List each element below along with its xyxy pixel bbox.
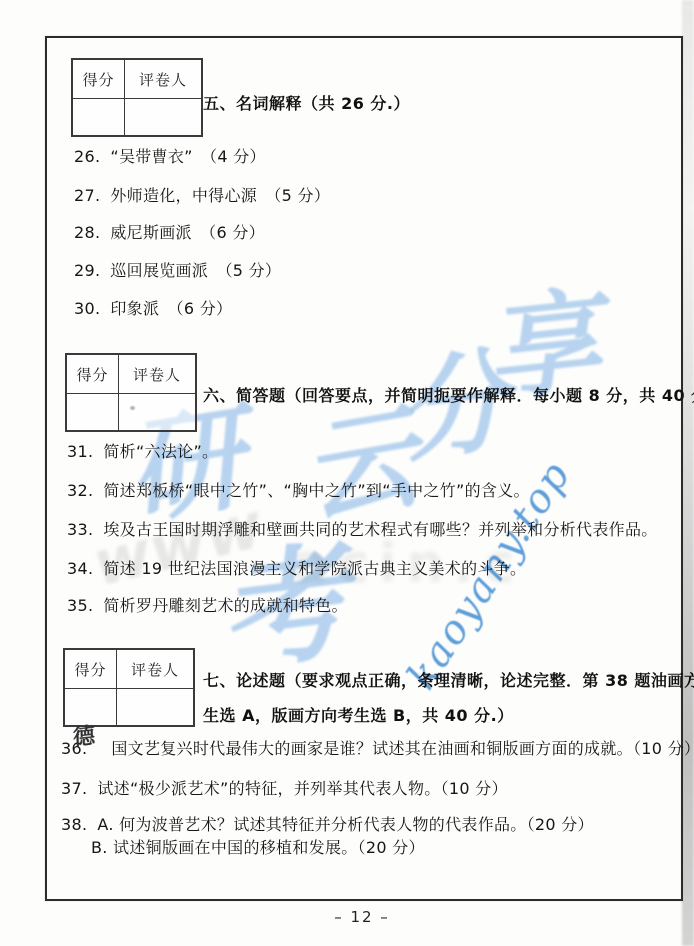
grader-value-cell: [117, 689, 193, 725]
question-38-option-a: 38.A. 何为波普艺术？试述其特征并分析代表人物的代表作品。（20 分）: [61, 812, 594, 835]
question-number: 33.: [67, 520, 93, 539]
question-34: 34.简述 19 世纪法国浪漫主义和学院派古典主义美术的斗争。: [67, 556, 526, 579]
question-number: 30.: [74, 299, 100, 318]
question-text: 简述郑板桥“眼中之竹”、“胸中之竹”到“手中之竹”的含义。: [103, 478, 529, 501]
question-text: 简析“六法论”。: [103, 439, 218, 462]
question-29: 29.巡回展览画派 （5 分）: [74, 258, 281, 281]
section-7-title-line2: 生选 A，版画方向考生选 B，共 40 分.）: [203, 703, 514, 726]
score-label: 得分: [82, 69, 114, 90]
section-6-title: 六、简答题（回答要点，并简明扼要作解释．每小题 8 分，共 40 分.）: [203, 383, 694, 406]
score-value-cell: [67, 394, 119, 430]
grader-label: 评卷人: [133, 364, 181, 385]
grader-value-cell: [125, 99, 201, 135]
question-number: 29.: [74, 261, 100, 280]
question-number: 31.: [67, 442, 93, 461]
grader-cell: 评卷人: [125, 60, 201, 98]
question-31: 31.简析“六法论”。: [67, 439, 218, 462]
question-text: “吴带曹衣” （4 分）: [110, 144, 265, 167]
scan-speck: [130, 406, 135, 410]
handwritten-correction: 德: [73, 719, 96, 752]
question-number: 28.: [74, 223, 100, 242]
question-text: B. 试述铜版画在中国的移植和发展。（20 分）: [91, 835, 425, 858]
question-text: 威尼斯画派 （6 分）: [110, 220, 265, 243]
question-33: 33.埃及古王国时期浮雕和壁画共同的艺术程式有哪些？并列举和分析代表作品。: [67, 517, 658, 540]
question-number: 38.: [61, 815, 87, 834]
score-label: 得分: [74, 659, 106, 680]
question-text: 试述“极少派艺术”的特征，并列举其代表人物。（10 分）: [97, 776, 507, 799]
grader-cell: 评卷人: [119, 355, 195, 393]
score-box-section6: 得分 评卷人: [65, 353, 197, 432]
page-number: – 12 –: [45, 908, 679, 926]
question-26: 26.“吴带曹衣” （4 分）: [74, 144, 266, 167]
question-number: 27.: [74, 186, 100, 205]
score-box-header-row: 得分 评卷人: [67, 355, 195, 394]
question-27: 27.外师造化，中得心源 （5 分）: [74, 183, 330, 206]
question-36: 36.国文艺复兴时代最伟大的画家是谁？试述其在油画和铜版画方面的成就。（10 分…: [61, 736, 694, 759]
score-box-header-row: 得分 评卷人: [73, 60, 201, 99]
score-box-section7: 得分 评卷人: [63, 648, 195, 727]
section-7-title-line1: 七、论述题（要求观点正确，条理清晰，论述完整．第 38 题油画方向考: [203, 668, 694, 691]
score-value-cell: [73, 99, 125, 135]
grader-value-cell: [119, 394, 195, 430]
question-number: 35.: [67, 596, 93, 615]
score-box-empty-row: [67, 394, 195, 430]
question-text: 简析罗丹雕刻艺术的成就和特色。: [103, 593, 348, 616]
question-number: 32.: [67, 481, 93, 500]
exam-page: 研 考 云 分 享 www acin.c kaoyany.top 得分 评卷人 …: [0, 0, 694, 946]
question-text: 简述 19 世纪法国浪漫主义和学院派古典主义美术的斗争。: [103, 556, 526, 579]
grader-label: 评卷人: [139, 69, 187, 90]
question-text: 国文艺复兴时代最伟大的画家是谁？试述其在油画和铜版画方面的成就。（10 分）: [111, 736, 694, 759]
question-32: 32.简述郑板桥“眼中之竹”、“胸中之竹”到“手中之竹”的含义。: [67, 478, 530, 501]
score-cell: 得分: [67, 355, 119, 393]
question-text: 外师造化，中得心源 （5 分）: [110, 183, 330, 206]
score-cell: 得分: [65, 650, 117, 688]
question-number: 37.: [61, 779, 87, 798]
question-35: 35.简析罗丹雕刻艺术的成就和特色。: [67, 593, 348, 616]
score-label: 得分: [76, 364, 108, 385]
question-text: 巡回展览画派 （5 分）: [110, 258, 281, 281]
grader-cell: 评卷人: [117, 650, 193, 688]
section-5-title: 五、名词解释（共 26 分.）: [203, 91, 410, 114]
question-text: 埃及古王国时期浮雕和壁画共同的艺术程式有哪些？并列举和分析代表作品。: [103, 517, 657, 540]
question-38-option-b: B. 试述铜版画在中国的移植和发展。（20 分）: [91, 835, 425, 858]
score-cell: 得分: [73, 60, 125, 98]
question-37: 37.试述“极少派艺术”的特征，并列举其代表人物。（10 分）: [61, 776, 508, 799]
grader-label: 评卷人: [131, 659, 179, 680]
question-number: 34.: [67, 559, 93, 578]
score-box-empty-row: [73, 99, 201, 135]
score-box-header-row: 得分 评卷人: [65, 650, 193, 689]
scan-edge-streak: [682, 0, 694, 946]
question-30: 30.印象派 （6 分）: [74, 296, 232, 319]
question-text: A. 何为波普艺术？试述其特征并分析代表人物的代表作品。（20 分）: [97, 812, 593, 835]
score-box-section5: 得分 评卷人: [71, 58, 203, 137]
question-number: 26.: [74, 147, 100, 166]
question-28: 28.威尼斯画派 （6 分）: [74, 220, 265, 243]
question-text: 印象派 （6 分）: [110, 296, 232, 319]
